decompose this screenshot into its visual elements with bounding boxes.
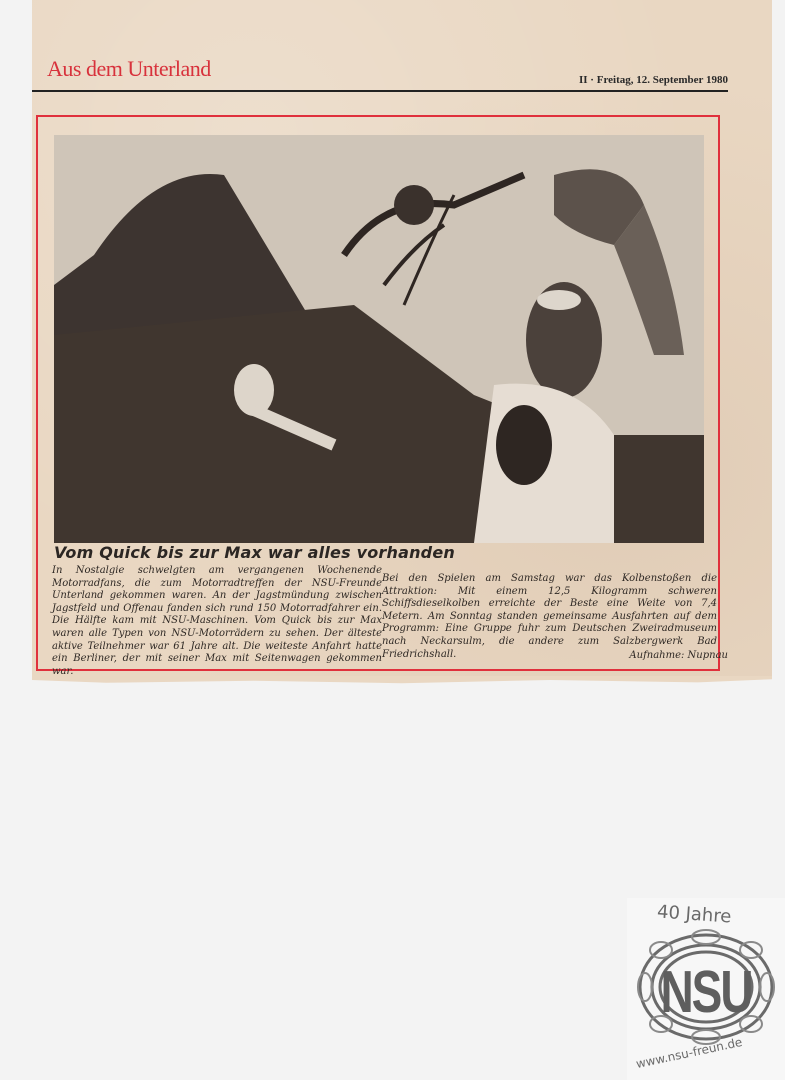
dateline: II · Freitag, 12. September 1980 [579,74,728,86]
nsu-anniversary-stamp: 40 Jahre NSU www.nsu-freun.de [627,898,785,1080]
article-body-right: Bei den Spielen am Samstag war das Kolbe… [382,573,717,661]
stamp-anniversary-text: 40 Jahre [656,901,732,927]
article-photo [54,135,704,543]
section-title: Aus dem Unterland [47,56,211,82]
newspaper-clipping: Aus dem Unterland II · Freitag, 12. Sept… [32,0,772,678]
motorcycle-photo-illustration [54,135,704,543]
stamp-logo-text: NSU [627,956,785,1026]
photo-credit: Aufnahme: Nupnau [629,650,728,661]
header-rule [32,90,728,92]
article-body-left: In Nostalgie schwelgten am vergangenen W… [52,565,382,678]
article-headline: Vom Quick bis zur Max war alles vorhande… [54,543,455,562]
